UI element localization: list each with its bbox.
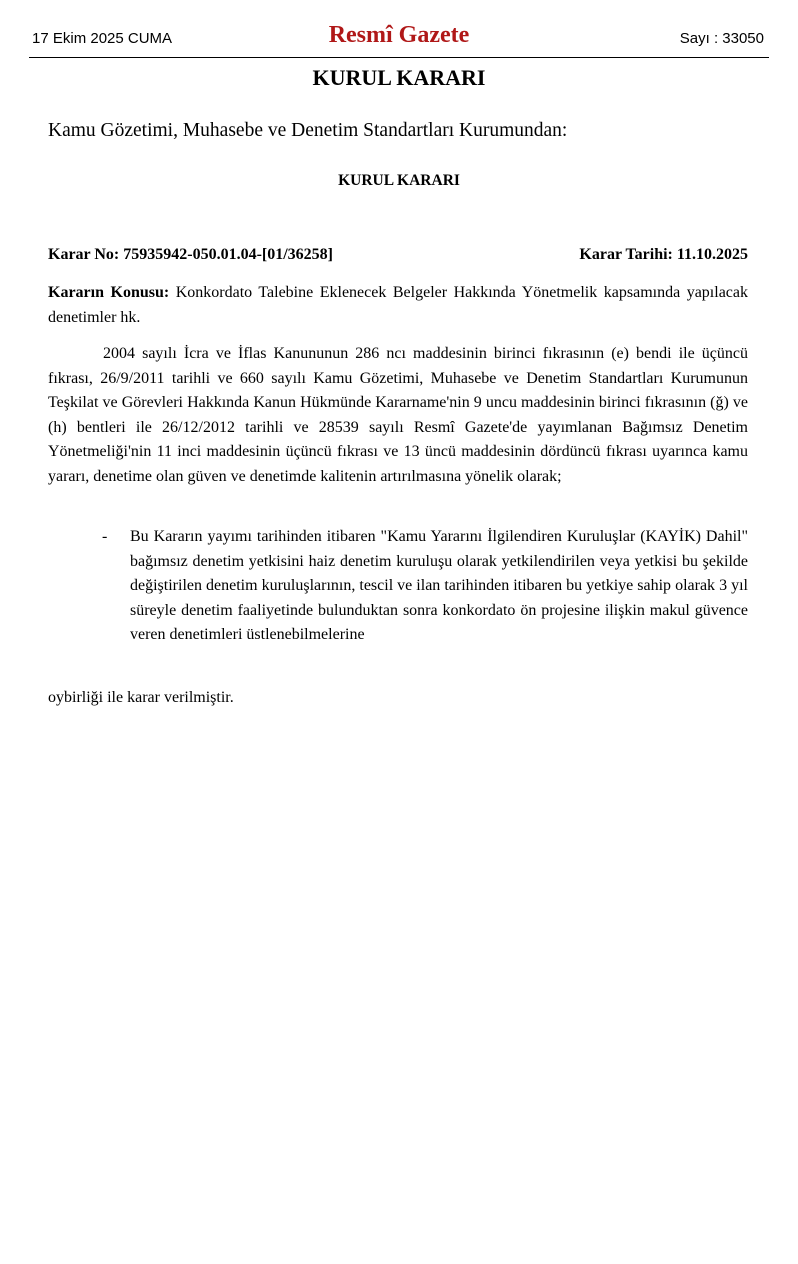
- decision-subject: Kararın Konusu: Konkordato Talebine Ekle…: [48, 281, 748, 330]
- subject-label: Kararın Konusu:: [48, 284, 169, 301]
- header-divider: [29, 57, 769, 58]
- section-heading: KURUL KARARI: [0, 65, 798, 91]
- decision-date: Karar Tarihi: 11.10.2025: [579, 243, 748, 268]
- body-paragraph: 2004 sayılı İcra ve İflas Kanununun 286 …: [48, 342, 748, 489]
- bullet-text: Bu Kararın yayımı tarihinden itibaren "K…: [130, 525, 748, 648]
- decision-bullet: - Bu Kararın yayımı tarihinden itibaren …: [48, 525, 748, 648]
- decision-number: Karar No: 75935942-050.01.04-[01/36258]: [48, 243, 333, 268]
- institution-name: Kamu Gözetimi, Muhasebe ve Denetim Stand…: [48, 120, 567, 142]
- bullet-mark: -: [102, 525, 107, 550]
- gazette-title: Resmî Gazete: [30, 22, 768, 49]
- gazette-header: 17 Ekim 2025 CUMA Resmî Gazete Sayı : 33…: [30, 22, 768, 56]
- issue-number: Sayı : 33050: [680, 30, 764, 47]
- closing-statement: oybirliği ile karar verilmiştir.: [48, 686, 748, 711]
- decision-heading: KURUL KARARI: [0, 172, 798, 190]
